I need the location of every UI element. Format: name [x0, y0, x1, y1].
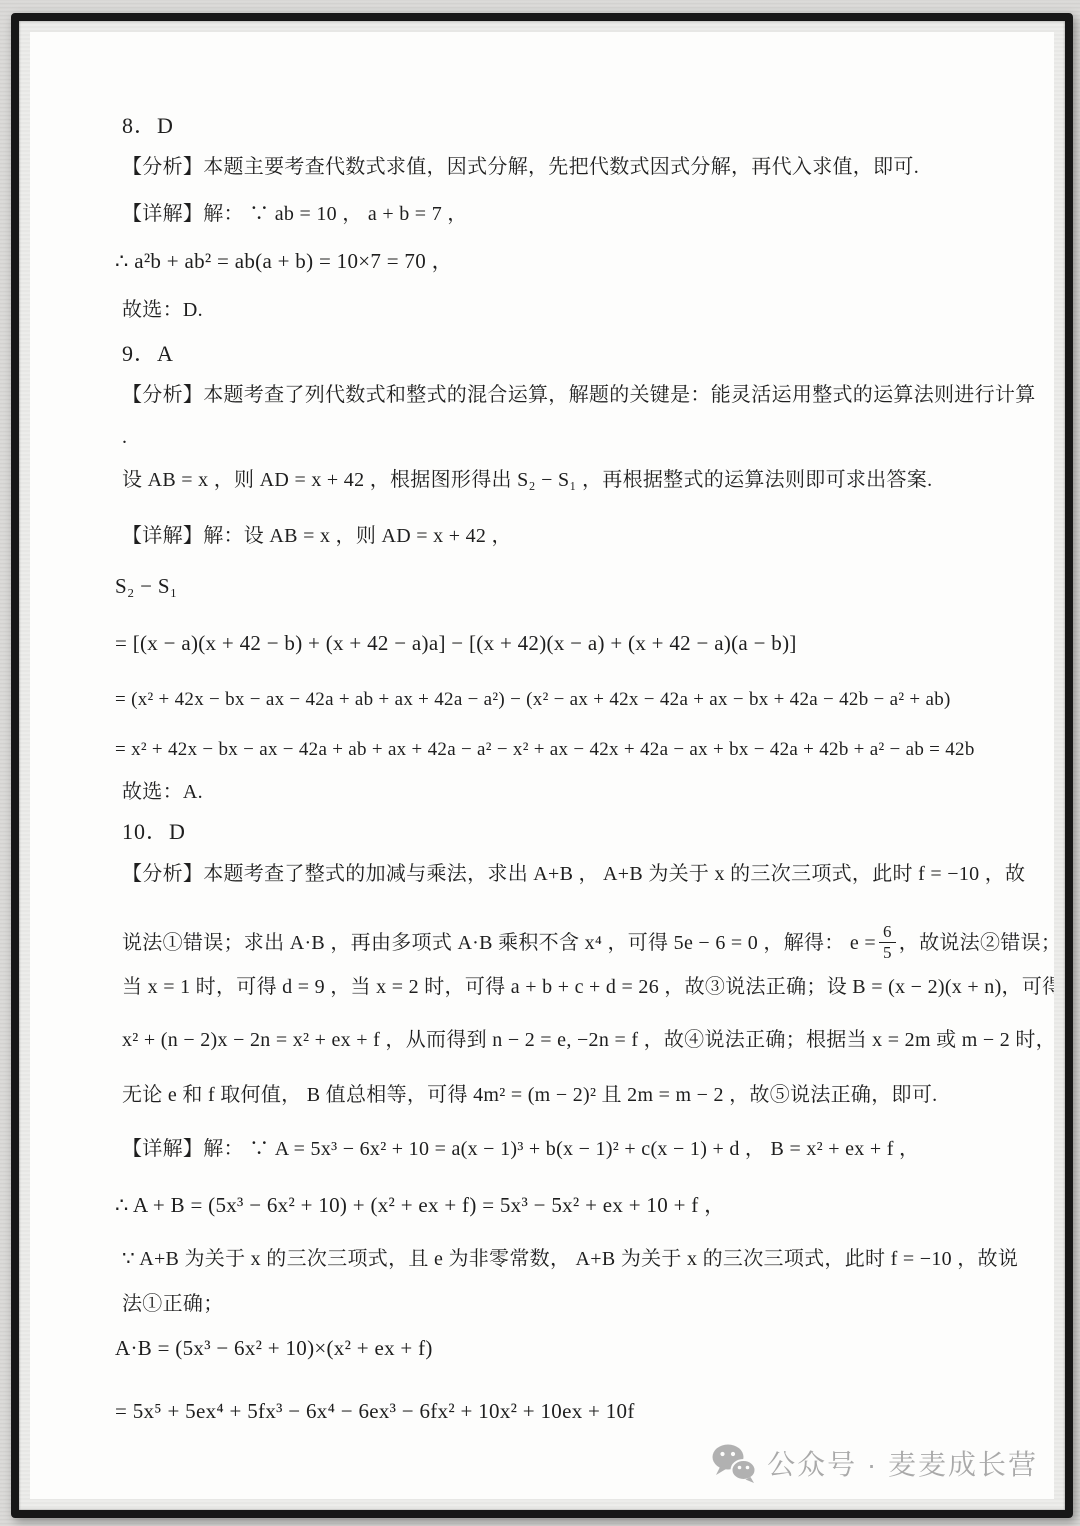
text-segment: ，故说法②错误； — [899, 932, 1054, 954]
q9-formula-1: S₂ − S₁ — [115, 573, 177, 599]
q10-detail-6: = 5x⁵ + 5ex⁴ + 5fx³ − 6x⁴ − 6ex³ − 6fx² … — [115, 1398, 635, 1424]
q10-analysis-5: 无论 e 和 f 取何值， B 值总相等，可得 4m² = (m − 2)² 且… — [122, 1083, 937, 1108]
q10-answer: 10．D — [122, 818, 186, 846]
q9-formula-4: = x² + 42x − bx − ax − 42a + ab + ax + 4… — [115, 738, 975, 762]
q10-detail-4: 法①正确； — [122, 1292, 224, 1317]
q10-analysis-4: x² + (n − 2)x − 2n = x² + ex + f ，从而得到 n… — [122, 1028, 1054, 1053]
page-frame: 8．D 【分析】本题主要考查代数式求值，因式分解，先把代数式因式分解，再代入求值… — [11, 13, 1073, 1518]
fraction-numerator: 6 — [879, 923, 896, 943]
q10-analysis-1: 【分析】本题考查了整式的加减与乘法，求出 A+B ， A+B 为关于 x 的三次… — [122, 862, 1025, 887]
text-segment: 说法①错误；求出 A·B ，再由多项式 A·B 乘积不含 x⁴ ，可得 5e −… — [122, 932, 876, 954]
watermark-text: 公众号 · 麦麦成长营 — [767, 1443, 1038, 1483]
q10-detail-2: ∴ A + B = (5x³ − 6x² + 10) + (x² + ex + … — [115, 1192, 725, 1218]
q9-conclusion: 故选：A. — [122, 780, 203, 805]
watermark: 公众号 · 麦麦成长营 — [711, 1443, 1038, 1483]
q10-detail-3: ∵ A+B 为关于 x 的三次三项式，且 e 为非零常数， A+B 为关于 x … — [122, 1247, 1018, 1272]
q10-detail-5: A·B = (5x³ − 6x² + 10)×(x² + ex + f) — [115, 1335, 433, 1361]
q9-formula-3: = (x² + 42x − bx − ax − 42a + ab + ax + … — [115, 688, 951, 712]
q8-detail-2: ∴ a²b + ab² = ab(a + b) = 10×7 = 70 ， — [115, 248, 453, 274]
fraction: 65 — [879, 923, 896, 962]
q10-analysis-2: 说法①错误；求出 A·B ，再由多项式 A·B 乘积不含 x⁴ ，可得 5e −… — [122, 925, 1054, 964]
q9-detail-1: 【详解】解：设 AB = x ，则 AD = x + 42 ， — [122, 524, 512, 549]
q10-analysis-3: 当 x = 1 时，可得 d = 9 ，当 x = 2 时，可得 a + b +… — [122, 975, 1054, 1000]
document-page: 8．D 【分析】本题主要考查代数式求值，因式分解，先把代数式因式分解，再代入求值… — [30, 32, 1054, 1499]
q9-formula-2: = [(x − a)(x + 42 − b) + (x + 42 − a)a] … — [115, 630, 797, 656]
wechat-icon — [711, 1443, 757, 1483]
q9-analysis-2: . — [122, 425, 127, 450]
q10-detail-1: 【详解】解： ∵ A = 5x³ − 6x² + 10 = a(x − 1)³ … — [122, 1137, 919, 1162]
q9-answer: 9．A — [122, 340, 174, 368]
q8-answer: 8．D — [122, 112, 174, 140]
q8-analysis: 【分析】本题主要考查代数式求值，因式分解，先把代数式因式分解，再代入求值，即可. — [122, 155, 919, 180]
q9-analysis-1: 【分析】本题考查了列代数式和整式的混合运算，解题的关键是：能灵活运用整式的运算法… — [122, 383, 1036, 408]
q8-conclusion: 故选：D. — [122, 298, 203, 323]
q8-detail-1: 【详解】解： ∵ ab = 10 ， a + b = 7 ， — [122, 202, 468, 227]
fraction-denominator: 5 — [879, 943, 896, 962]
q9-analysis-3: 设 AB = x ，则 AD = x + 42 ，根据图形得出 S₂ − S₁ … — [122, 468, 932, 493]
